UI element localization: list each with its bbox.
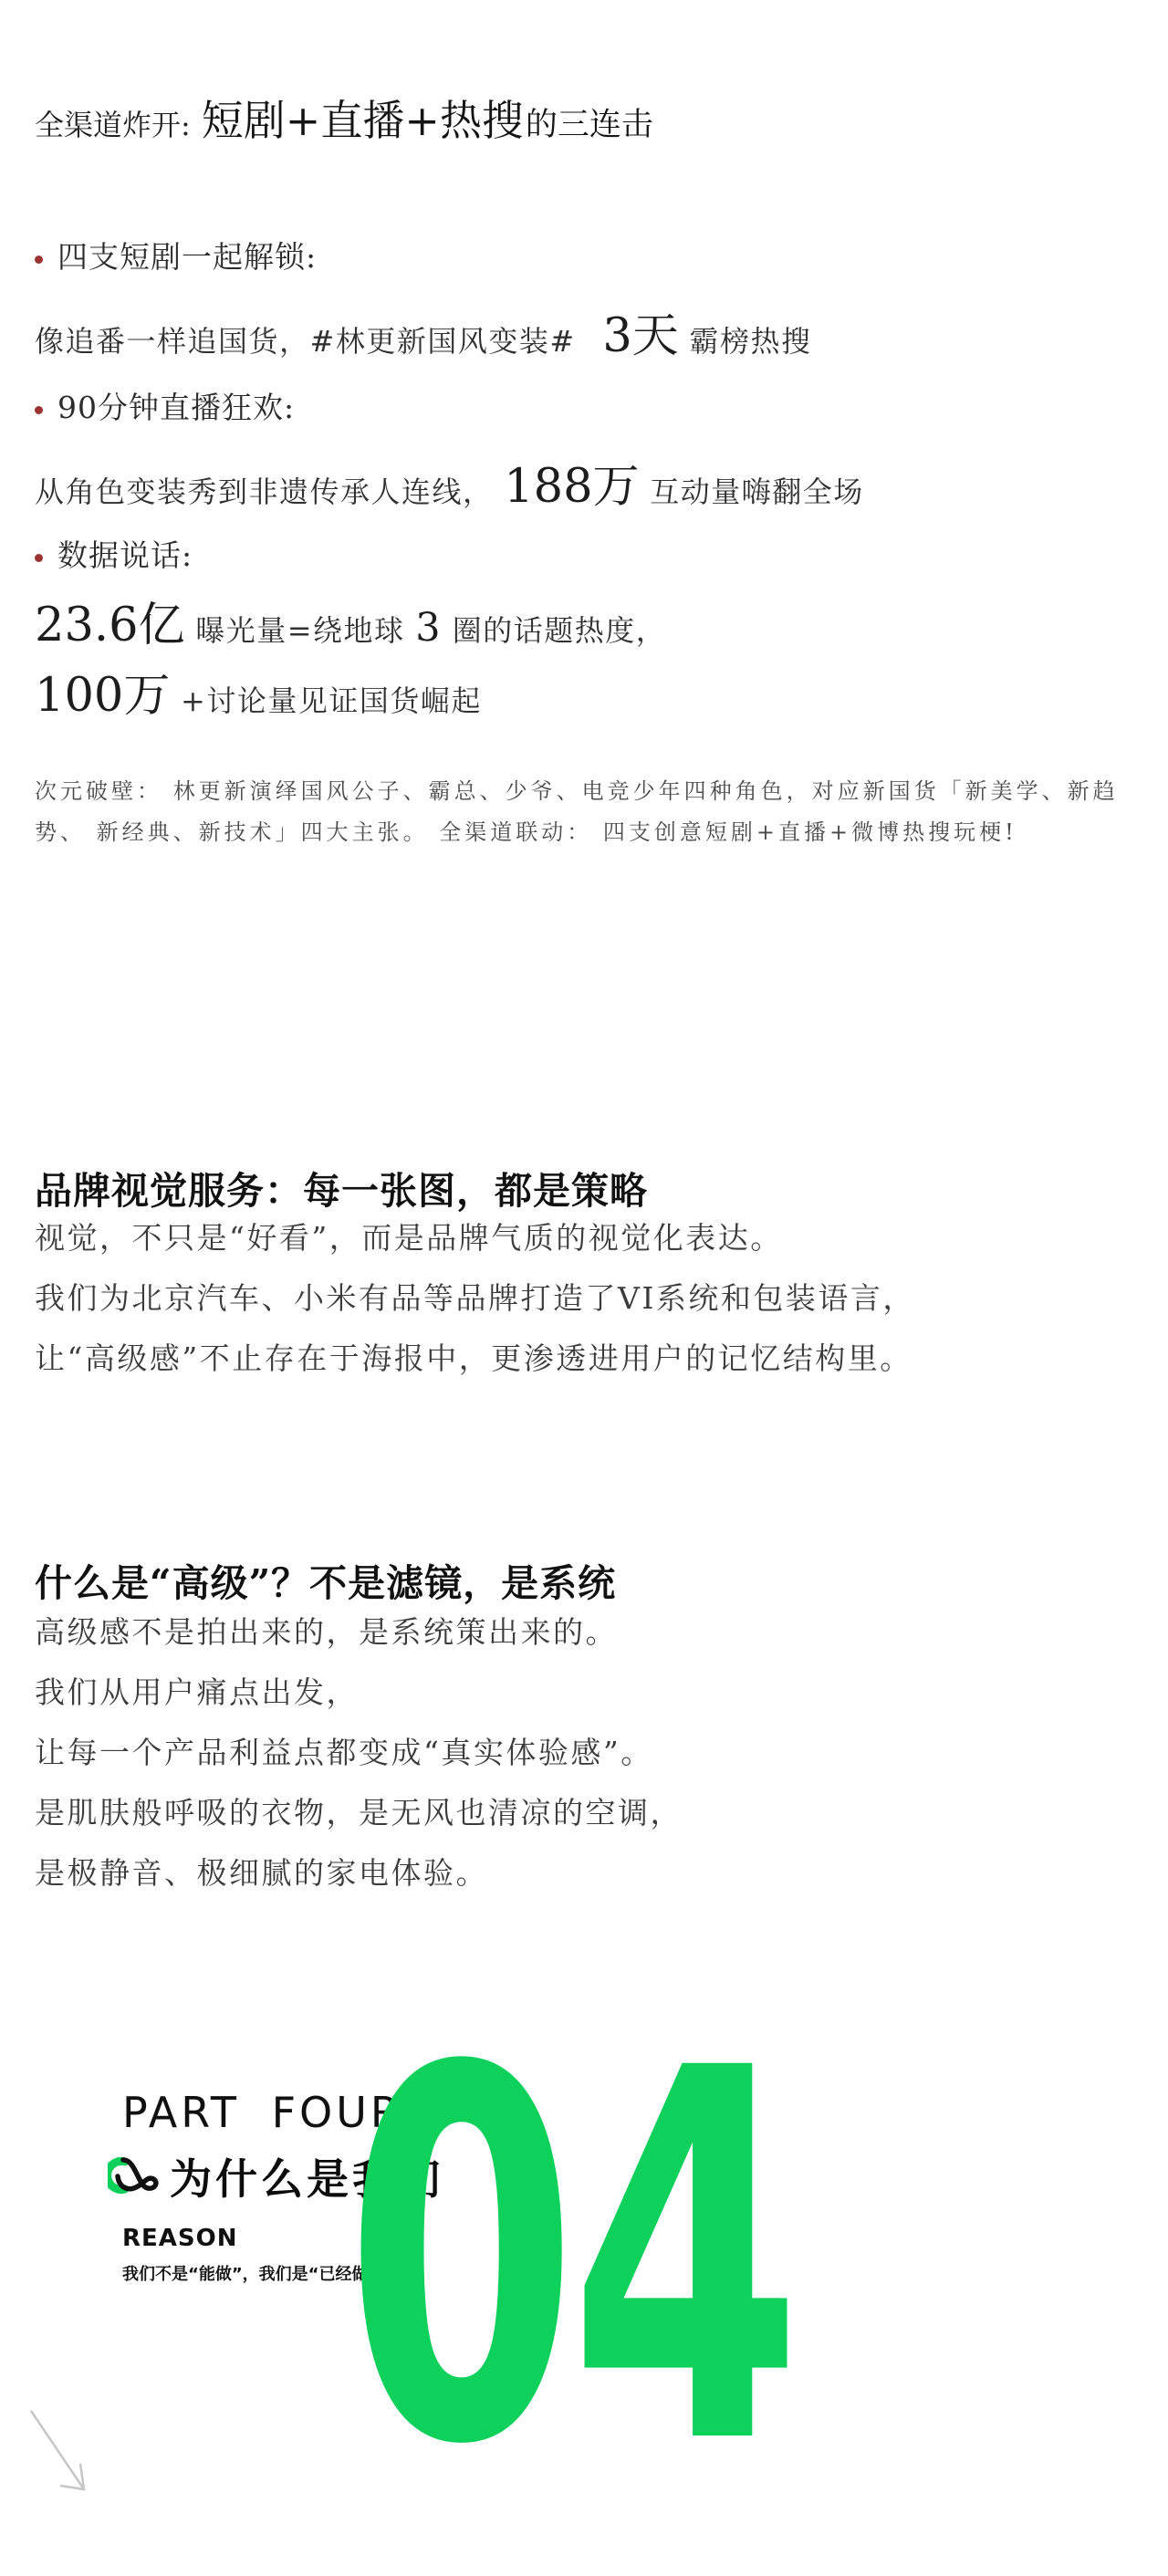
detail-highlight: 3 [415,605,442,651]
detail-text: 从角色变装秀到非遗传承人连线， [35,475,494,509]
body-line: 是肌肤般呼吸的衣物，是无风也清凉的空调， [35,1783,683,1843]
bullet-label: 90分钟直播狂欢: [57,384,295,427]
bullet-label: 四支短剧一起解锁: [57,234,317,276]
detail-text: 霸榜热搜 [689,324,811,359]
bullet-item-livestream: 90分钟直播狂欢: [35,384,295,427]
section-heading-premium: 什么是“高级”？不是滤镜，是系统 [35,1553,616,1607]
headline-suffix: 的三连击 [526,99,653,145]
channel-headline: 全渠道炸开: 短剧+直播+热搜 的三连击 [35,88,653,148]
body-line: 我们从用户痛点出发， [35,1663,683,1723]
bullet-detail-exposure: 23.6亿 曝光量=绕地球 3 圈的话题热度， [35,587,666,654]
section-body-premium: 高级感不是拍出来的，是系统策出来的。 我们从用户痛点出发， 让每一个产品利益点都… [35,1602,683,1903]
bullet-label: 数据说话: [57,532,193,575]
detail-text: 曝光量=绕地球 [195,613,404,648]
bullet-detail-dramas: 像追番一样追国货，#林更新国风变装# 3天 霸榜热搜 [35,297,811,365]
bullet-dot-icon [35,554,43,562]
headline-prefix: 全渠道炸开: [35,102,191,144]
body-line: 是极静音、极细腻的家电体验。 [35,1843,683,1903]
body-line: 视觉，不只是“好看”，而是品牌气质的视觉化表达。 [35,1208,915,1268]
section-number: 04 [345,2004,794,2515]
section-body-brand-visual: 视觉，不只是“好看”，而是品牌气质的视觉化表达。 我们为北京汽车、小米有品等品牌… [35,1208,915,1389]
bullet-detail-discussion: 100万 +讨论量见证国货崛起 [35,657,482,725]
footnote-line: 次元破壁： 林更新演绎国风公子、霸总、少爷、电竞少年四种角色，对应新国货「新美学… [35,771,1148,812]
detail-text: +讨论量见证国货崛起 [181,683,482,718]
detail-highlight: 3天 [602,309,678,363]
body-line: 让每一个产品利益点都变成“真实体验感”。 [35,1723,683,1783]
detail-highlight: 100万 [35,669,170,723]
bullet-item-data: 数据说话: [35,532,193,575]
detail-text: 互动量嗨翻全场 [650,475,864,509]
infinity-logo-icon [108,2154,164,2199]
detail-text: 像追番一样追国货，#林更新国风变装# [35,324,576,359]
detail-text: 圈的话题热度， [453,613,667,648]
proposal-page: 全渠道炸开: 短剧+直播+热搜 的三连击 四支短剧一起解锁: 像追番一样追国货，… [0,0,1168,2576]
body-line: 高级感不是拍出来的，是系统策出来的。 [35,1602,683,1663]
footnote-paragraph: 次元破壁： 林更新演绎国风公子、霸总、少爷、电竞少年四种角色，对应新国货「新美学… [35,771,1148,853]
detail-highlight: 188万 [504,460,639,514]
bullet-dot-icon [35,256,43,264]
bullet-detail-livestream: 从角色变装秀到非遗传承人连线， 188万 互动量嗨翻全场 [35,448,864,516]
bullet-item-dramas: 四支短剧一起解锁: [35,234,317,276]
diagonal-arrow-icon [26,2405,102,2509]
body-line: 我们为北京汽车、小米有品等品牌打造了VI系统和包装语言， [35,1268,915,1329]
detail-highlight: 23.6亿 [35,599,185,652]
footnote-line: 势、 新经典、新技术」四大主张。 全渠道联动： 四支创意短剧+直播+微博热搜玩梗… [35,812,1148,853]
body-line: 让“高级感”不止存在于海报中，更渗透进用户的记忆结构里。 [35,1329,915,1389]
bullet-dot-icon [35,406,43,414]
headline-main: 短剧+直播+热搜 [202,88,524,148]
section-heading-brand-visual: 品牌视觉服务：每一张图，都是策略 [35,1161,648,1215]
